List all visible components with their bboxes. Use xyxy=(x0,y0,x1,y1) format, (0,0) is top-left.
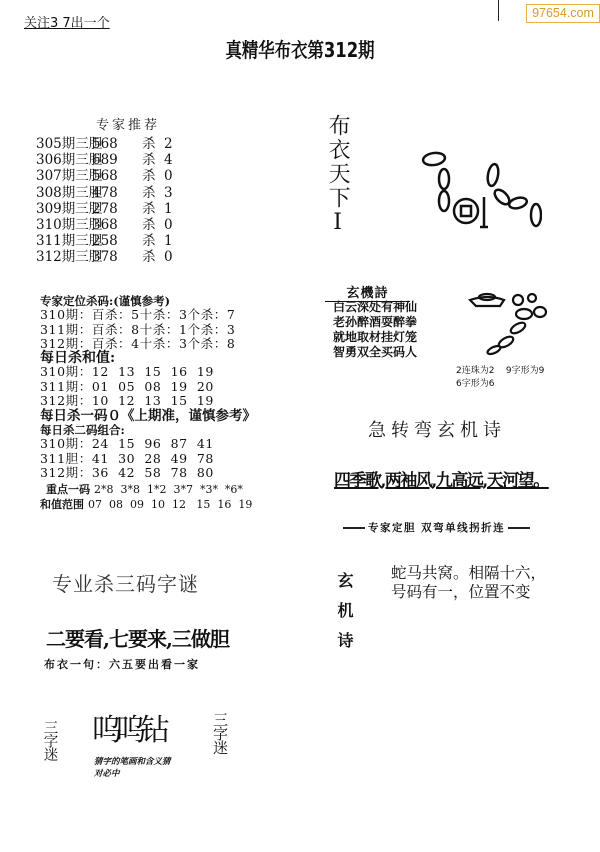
buyi-vertical-title: 布衣天下I xyxy=(326,114,349,237)
kill-label: 杀 xyxy=(142,217,164,233)
dash-decoration xyxy=(343,527,365,529)
period: 311期三胆 xyxy=(36,233,92,249)
period: 308期三胆 xyxy=(36,185,92,201)
list-item: 308期三胆478杀3 xyxy=(36,185,173,201)
poem-line: 老孙醉酒耍醉拳 xyxy=(333,315,417,330)
kill-label: 杀 xyxy=(142,185,164,201)
expert-line: 专家定胆 双弯单线拐折连 xyxy=(340,520,533,535)
poem-line: 蛇马共窝。相隔十六， xyxy=(391,564,546,583)
kill-label: 杀 xyxy=(142,233,164,249)
list-item: 310期：百杀：5十杀：3个杀：7 xyxy=(40,308,235,322)
kill-value: 1 xyxy=(164,233,173,249)
daily-two-code-title: 每日杀二码组合: xyxy=(40,423,256,437)
sum-range-label: 和值范围 xyxy=(40,498,84,511)
kill-value: 0 xyxy=(164,249,173,265)
period: 305期三胆 xyxy=(36,136,92,152)
nums: 478 xyxy=(92,185,142,201)
bead-chain-icon xyxy=(412,145,542,245)
expert-recommend-title: 专家推荐 xyxy=(96,114,160,133)
list-item: 312期：36 42 58 78 80 xyxy=(40,466,256,480)
list-item: 311胆：41 30 28 49 78 xyxy=(40,452,256,466)
nums: 378 xyxy=(92,249,142,265)
list-item: 312期：10 12 13 15 19 xyxy=(40,394,235,408)
kill-label: 杀 xyxy=(142,136,164,152)
notice-text: 关注3 7出一个 xyxy=(24,12,110,31)
riddle-hint: 猜字的笔画和含义猜对必中 xyxy=(94,756,174,780)
kill-label: 杀 xyxy=(142,249,164,265)
list-item: 310期：12 13 15 16 19 xyxy=(40,365,235,379)
poem-line: 就地取材挂灯笼 xyxy=(333,330,417,345)
period: 306期三胆 xyxy=(36,152,92,168)
period: 307期三胆 xyxy=(36,168,92,184)
nums: 258 xyxy=(92,233,142,249)
position-kill-title: 专家定位杀码:(谨慎参考) xyxy=(40,294,235,308)
period: 312期三胆 xyxy=(36,249,92,265)
kill-value: 0 xyxy=(164,217,173,233)
nums: 368 xyxy=(92,217,142,233)
riddle-right-vertical: 三字迷 xyxy=(212,712,227,754)
divider-line xyxy=(498,0,499,21)
list-item: 311期：01 05 08 19 20 xyxy=(40,380,235,394)
poem-line: 白云深处有神仙 xyxy=(333,300,417,315)
xuanji-poem-lines: 蛇马共窝。相隔十六， 号码有一，位置不变 xyxy=(391,564,546,602)
kill-value: 3 xyxy=(164,185,173,201)
xuanji-vertical-title: 玄机诗 xyxy=(336,572,352,662)
poem-line: 号码有一，位置不变 xyxy=(391,583,546,602)
riddle-sub: 布衣一句：六五要出看一家 xyxy=(44,656,200,672)
nums: 568 xyxy=(92,168,142,184)
watermark-badge[interactable]: 97654.com xyxy=(526,4,600,23)
list-item: 310期：24 15 96 87 41 xyxy=(40,437,256,451)
list-item: 307期三胆568杀0 xyxy=(36,168,173,184)
kill-label: 杀 xyxy=(142,168,164,184)
kill-value: 2 xyxy=(164,136,173,152)
bead-chain-image xyxy=(412,145,542,245)
note-line: 2连珠为2 9字形为9 xyxy=(456,365,544,378)
riddle-left-vertical: 三字迷 xyxy=(42,720,57,761)
expert-line-text: 专家定胆 双弯单线拐折连 xyxy=(368,520,505,535)
bead-notes: 2连珠为2 9字形为9 6字形为6 xyxy=(456,365,544,391)
nums: 278 xyxy=(92,201,142,217)
dash-decoration xyxy=(508,527,530,529)
sum-range-row: 和值范围 07 08 09 10 12 15 16 19 xyxy=(40,497,256,512)
list-item: 306期三胆689杀4 xyxy=(36,152,173,168)
position-kill-block: 专家定位杀码:(谨慎参考) 310期：百杀：5十杀：3个杀：7 311期：百杀：… xyxy=(40,294,235,408)
turn-poem-text: 四季歌,两袖风,九高远,天河望。 xyxy=(334,466,549,491)
note-line: 6字形为6 xyxy=(456,378,544,391)
daily-code-block: 每日杀一码０《上期准，谨慎参考》 每日杀二码组合: 310期：24 15 96 … xyxy=(40,409,256,512)
daily-sum-kill-title: 每日杀和值: xyxy=(40,351,235,365)
period: 310期三胆 xyxy=(36,217,92,233)
kill-label: 杀 xyxy=(142,152,164,168)
sum-range-value: 07 08 09 10 12 15 16 19 xyxy=(88,498,252,511)
key-code-row: 重点一码 2*8 3*8 1*2 3*7 *3* *6* xyxy=(40,482,256,497)
ingot-bead-image xyxy=(468,290,558,364)
list-item: 310期三胆368杀0 xyxy=(36,217,173,233)
list-item: 309期三胆278杀1 xyxy=(36,201,173,217)
poem-line: 智勇双全买码人 xyxy=(333,345,417,360)
turn-poem-title: 急转弯玄机诗 xyxy=(368,416,506,442)
period: 309期三胆 xyxy=(36,201,92,217)
kill-value: 1 xyxy=(164,201,173,217)
riddle-chars: 呜呜钻 xyxy=(92,705,164,749)
list-item: 312期三胆378杀0 xyxy=(36,249,173,265)
list-item: 311期：百杀：8十杀：1个杀：3 xyxy=(40,323,235,337)
riddle-main: 二要看,七要来,三做胆 xyxy=(46,623,229,652)
kill-value: 4 xyxy=(164,152,173,168)
nums: 689 xyxy=(92,152,142,168)
riddle-title: 专业杀三码字谜 xyxy=(52,568,199,597)
kill-value: 0 xyxy=(164,168,173,184)
mystic-poem-lines: 白云深处有神仙 老孙醉酒耍醉拳 就地取材挂灯笼 智勇双全买码人 xyxy=(333,300,417,360)
ingot-bead-icon xyxy=(468,290,558,360)
key-code-label: 重点一码 xyxy=(46,483,90,496)
mystic-poem-title: 玄機詩 xyxy=(325,282,410,302)
list-item: 305期三胆568杀2 xyxy=(36,136,173,152)
key-code-value: 2*8 3*8 1*2 3*7 *3* *6* xyxy=(94,483,243,496)
page-title: 真精华布衣第312期 xyxy=(54,34,546,63)
kill-label: 杀 xyxy=(142,201,164,217)
daily-one-code-title: 每日杀一码０《上期准，谨慎参考》 xyxy=(40,409,256,423)
expert-recommend-list: 305期三胆568杀2 306期三胆689杀4 307期三胆568杀0 308期… xyxy=(36,136,173,266)
list-item: 311期三胆258杀1 xyxy=(36,233,173,249)
nums: 568 xyxy=(92,136,142,152)
